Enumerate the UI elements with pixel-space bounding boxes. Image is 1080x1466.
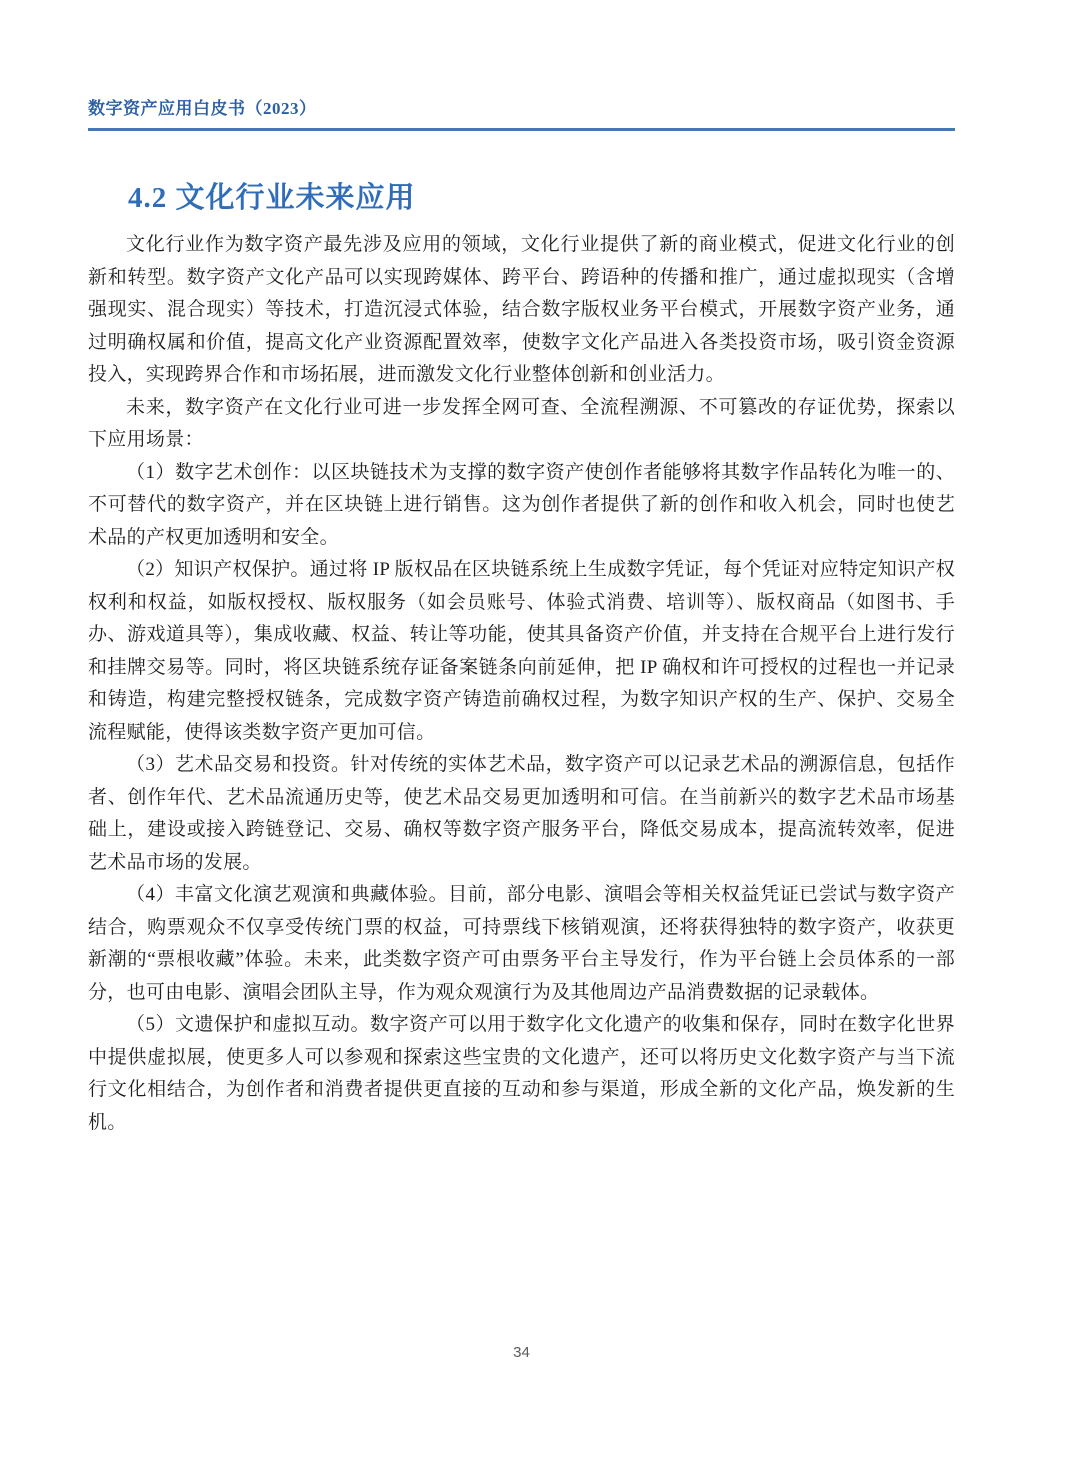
section-heading: 4.2 文化行业未来应用 (128, 181, 955, 215)
body-paragraph: （3）艺术品交易和投资。针对传统的实体艺术品，数字资产可以记录艺术品的溯源信息，… (88, 749, 955, 879)
paragraph-container: 文化行业作为数字资产最先涉及应用的领域，文化行业提供了新的商业模式，促进文化行业… (88, 229, 955, 1139)
header-rule (88, 128, 955, 131)
body-paragraph: （5）文遗保护和虚拟互动。数字资产可以用于数字化文化遗产的收集和保存，同时在数字… (88, 1009, 955, 1139)
page-number: 34 (88, 1344, 955, 1361)
page-content: 数字资产应用白皮书（2023） 4.2 文化行业未来应用 文化行业作为数字资产最… (88, 0, 955, 1139)
body-paragraph: （2）知识产权保护。通过将 IP 版权品在区块链系统上生成数字凭证，每个凭证对应… (88, 554, 955, 749)
page-body: 4.2 文化行业未来应用 文化行业作为数字资产最先涉及应用的领域，文化行业提供了… (88, 181, 955, 1139)
body-paragraph: 文化行业作为数字资产最先涉及应用的领域，文化行业提供了新的商业模式，促进文化行业… (88, 229, 955, 392)
body-paragraph: （1）数字艺术创作：以区块链技术为支撑的数字资产使创作者能够将其数字作品转化为唯… (88, 457, 955, 555)
body-paragraph: （4）丰富文化演艺观演和典藏体验。目前，部分电影、演唱会等相关权益凭证已尝试与数… (88, 879, 955, 1009)
page-header: 数字资产应用白皮书（2023） (88, 94, 955, 131)
header-title: 数字资产应用白皮书（2023） (88, 94, 955, 119)
document-page: 数字资产应用白皮书（2023） 4.2 文化行业未来应用 文化行业作为数字资产最… (0, 0, 1080, 1466)
body-paragraph: 未来，数字资产在文化行业可进一步发挥全网可查、全流程溯源、不可篡改的存证优势，探… (88, 392, 955, 457)
